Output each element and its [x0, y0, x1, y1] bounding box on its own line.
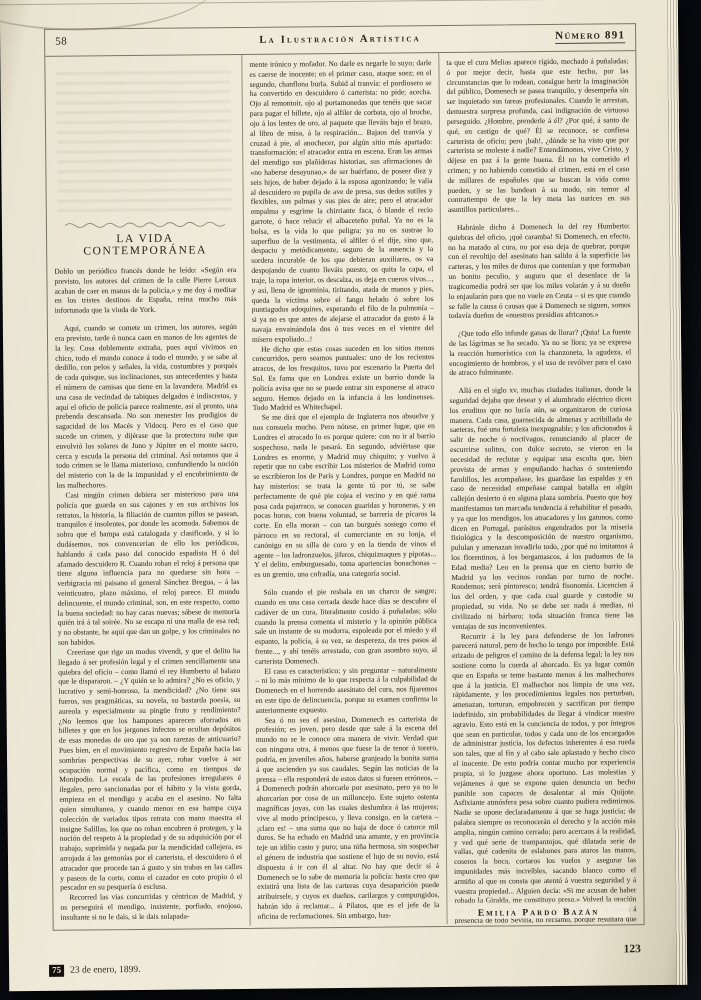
paragraph: ¿Que todo ello infunde ganas de llorar? … — [449, 327, 631, 378]
paragraph: Doblo un periódico francés donde he leíd… — [54, 265, 236, 316]
paragraph: Aquí, cuando se comete un crimen, los au… — [55, 322, 239, 491]
paragraph: Sólo cuando el pie resbala en un charco … — [254, 586, 437, 666]
paragraph: Allá en el siglo xv, muchas ciudades ita… — [449, 384, 633, 631]
bleedthrough-ghost-text — [56, 66, 231, 214]
page-number-right: 123 — [624, 943, 641, 955]
issue-date: 23 de enero, 1899. — [70, 965, 141, 976]
print-frame: 58 La Ilustración Artística Número 891 L… — [44, 23, 645, 931]
paragraph: Creeríase que rige un modus vivendi, y q… — [58, 646, 242, 893]
paragraph: Habránle dicho á Domenech lo del rey Hum… — [448, 221, 631, 321]
paragraph: Recurrir á la ley para defenderse de los… — [452, 630, 637, 924]
section-divider-squiggle — [65, 220, 225, 230]
column-3: ta que el cura Melias aparece rígido, me… — [438, 51, 643, 924]
paragraph: Recorred las vías concurridas y céntrica… — [60, 891, 242, 922]
footer-left: 75 23 de enero, 1899. — [49, 964, 141, 977]
column-2: mente irónico y mofador. No darle es neg… — [241, 53, 446, 926]
paragraph: ta que el cura Melias aparece rígido, me… — [446, 56, 629, 215]
publication-title: La Ilustración Artística — [45, 31, 635, 48]
magazine-page: 58 La Ilustración Artística Número 891 L… — [0, 0, 687, 991]
library-stamp: 75 — [49, 965, 64, 977]
article-title: LA VIDA CONTEMPORÁNEA — [54, 232, 236, 258]
paragraph: Casi ningún crimen debiera ser misterios… — [56, 489, 239, 648]
paragraph: mente irónico y mofador. No darle es neg… — [249, 58, 434, 344]
paragraph: He dicho que estas cosas suceden en los … — [252, 343, 435, 413]
paragraph: El caso es característico; y sin pregunt… — [255, 665, 437, 716]
photo-backdrop: 58 La Ilustración Artística Número 891 L… — [0, 0, 701, 1000]
column-1: LA VIDA CONTEMPORÁNEA Doblo un periódico… — [45, 55, 249, 928]
paragraph: Se me dirá que el ejemplo de Inglaterra … — [253, 411, 437, 580]
issue-number: Número 891 — [555, 29, 625, 44]
paragraph: Sea ó no sea el asesino, Domenech es car… — [256, 714, 440, 922]
text-columns: LA VIDA CONTEMPORÁNEA Doblo un periódico… — [45, 51, 643, 928]
author-signature: Emilia Pardo Bazán — [447, 899, 629, 919]
